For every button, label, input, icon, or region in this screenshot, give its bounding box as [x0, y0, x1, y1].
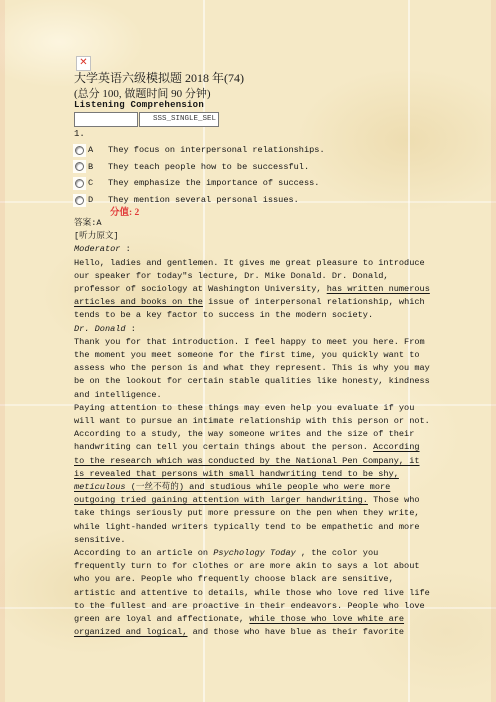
radio-circle-icon	[75, 179, 84, 188]
option-text: They emphasize the importance of success…	[108, 178, 319, 188]
option-text: They focus on interpersonal relationship…	[108, 145, 325, 155]
text-segment: :	[120, 244, 130, 254]
radio-circle-icon	[75, 146, 84, 155]
transcript-para: Paying attention to these things may eve…	[74, 402, 434, 547]
exam-title: 大学英语六级模拟题 2018 年(74)	[74, 69, 244, 86]
option-radio[interactable]	[73, 160, 86, 173]
answer-line: 答案:A	[74, 217, 434, 230]
text-segment: and those who have blue as their favorit…	[187, 627, 404, 637]
option-row: AThey focus on interpersonal relationshi…	[73, 142, 463, 159]
question-type-box[interactable]: SSS_SINGLE_SEL	[139, 112, 219, 127]
exam-meta: (总分 100, 做题时间 90 分钟)	[74, 85, 211, 101]
score-label: 分值: 2	[110, 204, 139, 218]
option-text: They teach people how to be successful.	[108, 162, 309, 172]
radio-circle-icon	[75, 196, 84, 205]
text-segment: According to an article on	[74, 548, 213, 558]
text-segment: Dr. Donald	[74, 324, 126, 334]
question-number: 1.	[74, 129, 85, 139]
option-letter: D	[88, 195, 108, 205]
answer-input[interactable]	[74, 112, 138, 127]
option-row: CThey emphasize the importance of succes…	[73, 175, 463, 192]
text-segment: , the color you frequently turn to for c…	[74, 548, 430, 624]
text-segment: Thank you for that introduction. I feel …	[74, 337, 430, 400]
text-segment: :	[126, 324, 136, 334]
answer-transcript-block: 答案:A [听力原文] Moderator :Hello, ladies and…	[74, 217, 434, 640]
transcript-para: Hello, ladies and gentlemen. It gives me…	[74, 257, 434, 323]
section-heading: Listening Comprehension	[74, 100, 204, 110]
transcript-para: Thank you for that introduction. I feel …	[74, 336, 434, 402]
transcript-speaker: Dr. Donald :	[74, 323, 434, 336]
question-widget-row: SSS_SINGLE_SEL	[74, 112, 219, 127]
option-radio[interactable]	[73, 177, 86, 190]
radio-circle-icon	[75, 162, 84, 171]
option-row: BThey teach people how to be successful.	[73, 159, 463, 176]
transcript-speaker: Moderator :	[74, 243, 434, 256]
option-radio[interactable]	[73, 194, 86, 207]
transcript-para: According to an article on Psychology To…	[74, 547, 434, 639]
option-letter: C	[88, 178, 108, 188]
option-letter: A	[88, 145, 108, 155]
text-segment: Moderator	[74, 244, 120, 254]
text-segment: Psychology Today	[213, 548, 296, 558]
transcript-heading: [听力原文]	[74, 230, 434, 243]
option-letter: B	[88, 162, 108, 172]
options-list: AThey focus on interpersonal relationshi…	[73, 142, 463, 208]
text-segment: meticulous	[74, 482, 126, 492]
option-radio[interactable]	[73, 144, 86, 157]
transcript-body: Moderator :Hello, ladies and gentlemen. …	[74, 243, 434, 639]
